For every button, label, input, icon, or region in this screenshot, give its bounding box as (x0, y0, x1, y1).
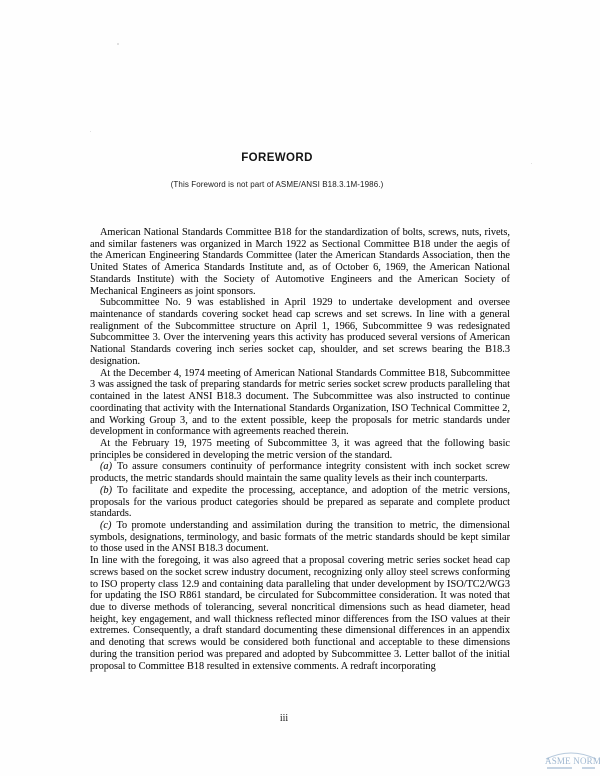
list-item-c-text: To promote understanding and assimilatio… (90, 520, 510, 554)
paragraph-4: At the February 19, 1975 meeting of Subc… (90, 438, 510, 461)
list-item-b: (b)To facilitate and expedite the proces… (90, 485, 510, 520)
page-title: FOREWORD (0, 152, 554, 164)
list-marker-c: (c) (100, 520, 111, 531)
foreword-body: American National Standards Committee B1… (90, 227, 510, 672)
paragraph-8: In line with the foregoing, it was also … (90, 555, 510, 672)
page-number: iii (0, 713, 568, 724)
watermark-label: ASME NORM (545, 756, 597, 766)
list-marker-b: (b) (100, 485, 112, 496)
paragraph-1: American National Standards Committee B1… (90, 227, 510, 297)
scan-speck (90, 131, 91, 132)
document-page: FOREWORD (This Foreword is not part of A… (0, 0, 600, 776)
list-item-b-text: To facilitate and expedite the processin… (90, 485, 510, 519)
page-subtitle: (This Foreword is not part of ASME/ANSI … (0, 180, 554, 189)
watermark-subtext-bar (547, 767, 572, 769)
list-marker-a: (a) (100, 461, 112, 472)
paragraph-3: At the December 4, 1974 meeting of Ameri… (90, 368, 510, 438)
asme-norm-watermark: ASME NORM (545, 748, 597, 769)
list-item-a-text: To assure consumers continuity of perfor… (90, 461, 510, 484)
scan-speck (117, 43, 119, 45)
list-item-a: (a)To assure consumers continuity of per… (90, 461, 510, 484)
paragraph-2: Subcommittee No. 9 was established in Ap… (90, 297, 510, 367)
list-item-c: (c)To promote understanding and assimila… (90, 520, 510, 555)
watermark-subtext (545, 767, 597, 769)
watermark-subtext-bar (582, 767, 595, 769)
